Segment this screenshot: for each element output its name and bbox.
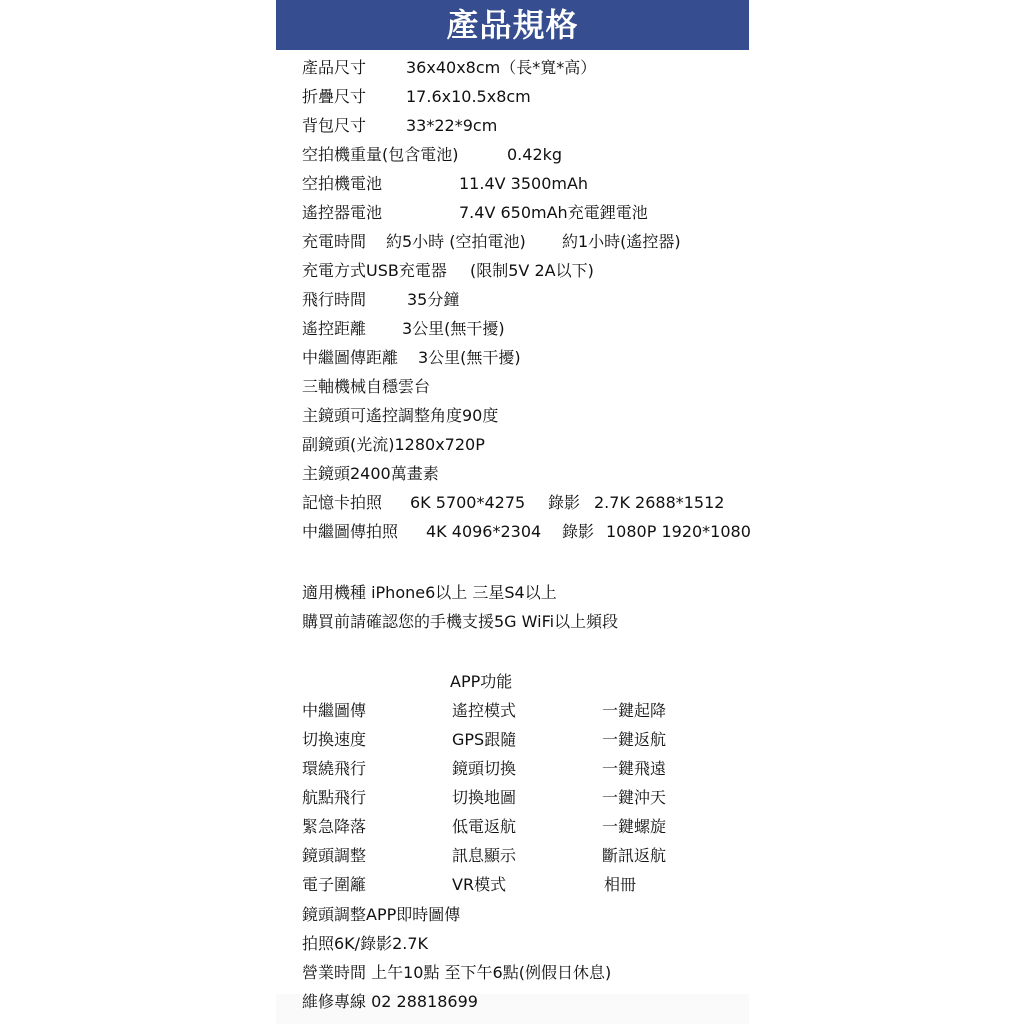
app-feature: 切換速度: [302, 730, 366, 750]
spec-row: 副鏡頭(光流)1280x720P: [302, 435, 485, 455]
app-feature: 一鍵飛遠: [602, 759, 666, 779]
spec-row: 中繼圖傳拍照4K 4096*2304錄影1080P 1920*1080: [302, 522, 751, 542]
app-feature: 鏡頭調整: [302, 846, 366, 866]
app-feature: 訊息顯示: [452, 846, 516, 866]
app-feature: 一鍵沖天: [602, 788, 666, 808]
app-feature: 斷訊返航: [602, 846, 666, 866]
app-feature: 遙控模式: [452, 701, 516, 721]
spec-row: 飛行時間35分鐘: [302, 290, 459, 310]
app-feature: 切換地圖: [452, 788, 516, 808]
note-line: 鏡頭調整APP即時圖傳: [302, 905, 460, 925]
spec-row: 背包尺寸33*22*9cm: [302, 116, 497, 136]
app-feature: 中繼圖傳: [302, 701, 366, 721]
app-features-title: APP功能: [450, 672, 512, 692]
spec-row: 折疊尺寸17.6x10.5x8cm: [302, 87, 531, 107]
app-feature: 一鍵螺旋: [602, 817, 666, 837]
service-hotline: 維修專線 02 28818699: [302, 992, 478, 1012]
compat-note: 購買前請確認您的手機支援5G WiFi以上頻段: [302, 612, 618, 632]
spec-row: 遙控距離3公里(無干擾): [302, 319, 505, 339]
spec-row: 三軸機械自穩雲台: [302, 377, 430, 397]
app-feature: 相冊: [604, 875, 636, 895]
spec-row: 中繼圖傳距離3公里(無干擾): [302, 348, 521, 368]
spec-row: 充電時間約5小時 (空拍電池)約1小時(遙控器): [302, 232, 681, 252]
app-feature: VR模式: [452, 875, 506, 895]
note-line: 拍照6K/錄影2.7K: [302, 934, 428, 954]
spec-row: 遙控器電池7.4V 650mAh充電鋰電池: [302, 203, 648, 223]
page-title: 產品規格: [276, 0, 749, 50]
spec-row: 空拍機重量(包含電池)0.42kg: [302, 145, 562, 165]
app-feature: 電子圍籬: [302, 875, 366, 895]
app-feature: GPS跟隨: [452, 730, 516, 750]
app-feature: 低電返航: [452, 817, 516, 837]
app-feature: 一鍵起降: [602, 701, 666, 721]
spec-row: 主鏡頭可遙控調整角度90度: [302, 406, 498, 426]
app-feature: 鏡頭切換: [452, 759, 516, 779]
app-feature: 一鍵返航: [602, 730, 666, 750]
compat-note: 適用機種 iPhone6以上 三星S4以上: [302, 583, 557, 603]
note-line: 營業時間 上午10點 至下午6點(例假日休息): [302, 963, 611, 983]
app-feature: 環繞飛行: [302, 759, 366, 779]
spec-sheet: 產品規格 產品尺寸36x40x8cm（長*寬*高） 折疊尺寸17.6x10.5x…: [276, 0, 749, 1024]
spec-row: 充電方式USB充電器(限制5V 2A以下): [302, 261, 594, 281]
spec-row: 產品尺寸36x40x8cm（長*寬*高）: [302, 58, 596, 78]
spec-row: 主鏡頭2400萬畫素: [302, 464, 439, 484]
app-feature: 緊急降落: [302, 817, 366, 837]
app-feature: 航點飛行: [302, 788, 366, 808]
spec-row: 空拍機電池11.4V 3500mAh: [302, 174, 588, 194]
spec-row: 記憶卡拍照6K 5700*4275錄影2.7K 2688*1512: [302, 493, 724, 513]
